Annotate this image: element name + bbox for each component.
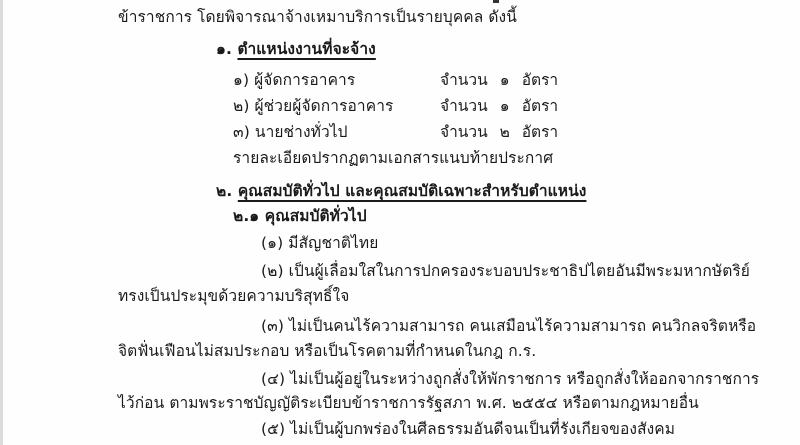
position-3-label: ๓) นายช่างทั่วไป <box>233 121 348 143</box>
subsection-title: คุณสมบัติทั่วไป <box>265 207 367 225</box>
qualification-item-2-continued: ทรงเป็นประมุขด้วยความบริสุทธิ์ใจ <box>118 285 349 307</box>
position-2-quantity: จำนวน๑อัตรา <box>440 95 558 117</box>
subsection-2-1-heading: ๒.๑ คุณสมบัติทั่วไป <box>233 205 367 227</box>
position-1-quantity: จำนวน๑อัตรา <box>440 69 558 91</box>
qualification-item-2: (๒) เป็นผู้เลื่อมใสในการปกครองระบอบประชา… <box>261 260 750 282</box>
position-1-label: ๑) ผู้จัดการอาคาร <box>233 69 355 91</box>
section2-title: คุณสมบัติทั่วไป และคุณสมบัติเฉพาะสำหรับต… <box>238 182 587 200</box>
intro-line: ข้าราชการ โดยพิจารณาจ้างเหมาบริการเป็นรา… <box>118 6 517 28</box>
section1-note: รายละเอียดปรากฏตามเอกสารแนบท้ายประกาศ <box>233 147 553 169</box>
section2-number: ๒. <box>216 182 232 200</box>
qty-value: ๒ <box>488 121 522 143</box>
section1-heading: ๑. ตำแหน่งงานที่จะจ้าง <box>216 38 376 60</box>
qualification-item-5: (๕) ไม่เป็นผู้บกพร่องในศีลธรรมอันดีจนเป็… <box>261 418 675 440</box>
qty-unit: อัตรา <box>522 95 558 117</box>
section1-title: ตำแหน่งงานที่จะจ้าง <box>237 40 375 58</box>
qty-label: จำนวน <box>440 121 488 143</box>
subsection-number: ๒.๑ <box>233 207 259 225</box>
qty-unit: อัตรา <box>522 121 558 143</box>
position-3-quantity: จำนวน๒อัตรา <box>440 121 558 143</box>
section2-heading: ๒. คุณสมบัติทั่วไป และคุณสมบัติเฉพาะสำหร… <box>216 180 586 202</box>
qty-label: จำนวน <box>440 69 488 91</box>
qty-label: จำนวน <box>440 95 488 117</box>
cut-off-text-fragment <box>493 0 499 3</box>
qualification-item-4-continued: ไว้ก่อน ตามพระราชบัญญัติระเบียบข้าราชการ… <box>118 392 699 414</box>
position-2-label: ๒) ผู้ช่วยผู้จัดการอาคาร <box>233 95 393 117</box>
qty-unit: อัตรา <box>522 69 558 91</box>
qualification-item-1: (๑) มีสัญชาติไทย <box>261 232 378 254</box>
scanned-document-page: ข้าราชการ โดยพิจารณาจ้างเหมาบริการเป็นรา… <box>0 0 800 445</box>
qualification-item-4: (๔) ไม่เป็นผู้อยู่ในระหว่างถูกสั่งให้พัก… <box>261 368 759 390</box>
qty-value: ๑ <box>488 95 522 117</box>
section1-number: ๑. <box>216 40 232 58</box>
qualification-item-3: (๓) ไม่เป็นคนไร้ความสามารถ คนเสมือนไร้คว… <box>261 315 756 337</box>
qty-value: ๑ <box>488 69 522 91</box>
qualification-item-3-continued: จิตฟั่นเฟือนไม่สมประกอบ หรือเป็นโรคตามที… <box>118 340 536 362</box>
